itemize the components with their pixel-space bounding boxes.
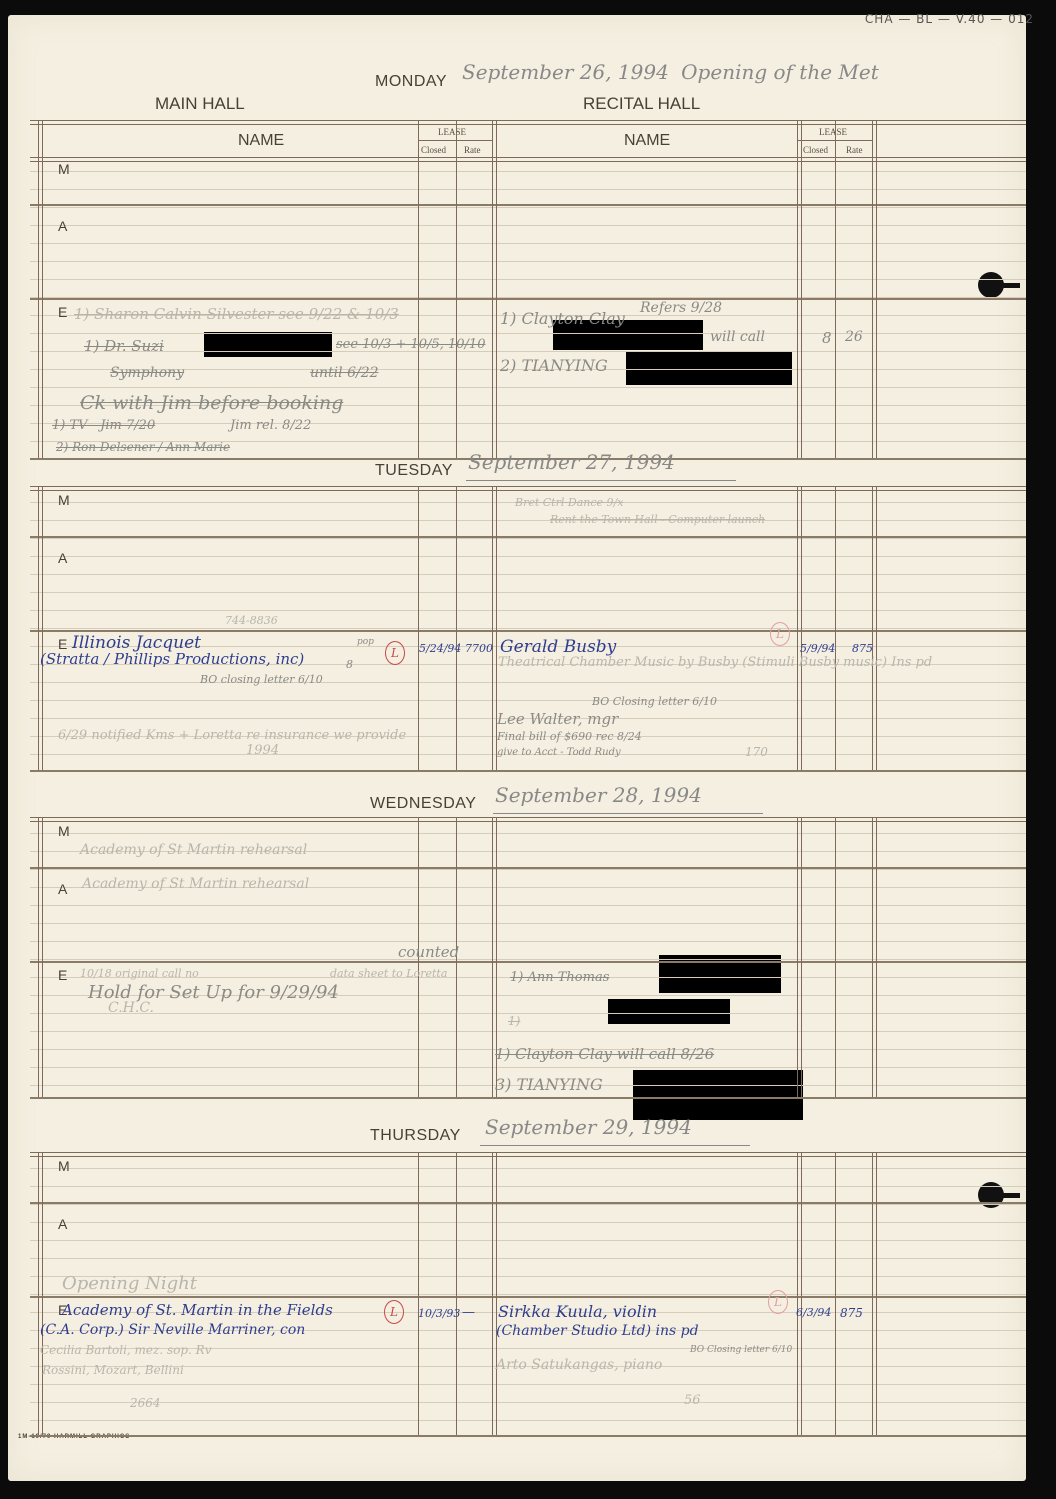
entry-text: 1) Clayton Clay will call 8/26: [495, 1045, 714, 1063]
column-rule: [418, 120, 419, 458]
phone-number: 744-8836: [225, 614, 278, 627]
date-underline: [466, 480, 736, 481]
lease-rate-value: 7700: [465, 642, 493, 655]
presenter-name: (Stratta / Phillips Productions, inc): [40, 650, 304, 668]
rate-header-main: Rate: [464, 145, 481, 155]
name-header-recital: NAME: [624, 132, 670, 150]
booking-status-circle: L: [384, 1300, 404, 1324]
column-rule: [797, 486, 802, 770]
entry-note: Opening Night: [62, 1273, 197, 1294]
entry-text: Academy of St Martin rehearsal: [80, 842, 307, 858]
slot-label-evening: E: [58, 304, 67, 320]
date-text: September 26, 1994: [462, 60, 669, 84]
column-rule: [797, 120, 802, 458]
column-rule: [418, 486, 419, 770]
entry-text: Bret Ctrl Dance 9/x: [515, 496, 623, 509]
entry-note: 170: [745, 745, 768, 759]
entry-note: BO Closing letter 6/10: [690, 1345, 792, 1355]
entry-note: data sheet to Loretta: [330, 967, 447, 980]
day-label-wednesday: WEDNESDAY: [370, 795, 476, 813]
entry-text: Academy of St Martin rehearsal: [82, 876, 309, 892]
entry-text: 1): [508, 1014, 520, 1028]
entry-note: counted: [398, 943, 459, 961]
lease-rate-value: 875: [840, 1306, 863, 1320]
column-rule: [492, 120, 497, 458]
archive-id: CHA — BL — V.40 — 012: [865, 12, 1034, 26]
slot-label-afternoon: A: [58, 1216, 67, 1232]
slot-label-morning: M: [58, 492, 70, 508]
binder-hole-tab: [1000, 283, 1020, 288]
day-label-tuesday: TUESDAY: [375, 462, 453, 480]
date-thursday: September 29, 1994: [485, 1115, 692, 1139]
column-rule: [872, 1152, 877, 1435]
date-underline: [493, 813, 763, 814]
entry-note: Rossini, Mozart, Bellini: [42, 1363, 184, 1377]
entry-text: Symphony: [110, 365, 184, 381]
column-rule: [872, 486, 877, 770]
entry-note: C.H.C.: [108, 1000, 154, 1016]
entry-text: Ck with Jim before booking: [80, 392, 343, 414]
entry-note: pop: [357, 637, 374, 647]
entry-text: Refers 9/28: [640, 300, 722, 316]
entry-note: give to Acct - Todd Rudy: [497, 747, 621, 758]
entry-text: 1) Ann Thomas: [510, 970, 609, 985]
rule-bottom: [30, 1097, 1026, 1099]
entry-note: 6/29 notified Kms + Loretta re insurance…: [58, 728, 406, 743]
column-rule: [456, 486, 457, 770]
column-rule: [797, 817, 802, 1097]
name-header-main: NAME: [238, 132, 284, 150]
day-label-thursday: THURSDAY: [370, 1127, 461, 1145]
event-name: Gerald Busby: [500, 637, 616, 657]
slot-label-morning: M: [58, 1158, 70, 1174]
entry-note: Theatrical Chamber Music by Busby (Stimu…: [498, 655, 932, 670]
entry-note: Final bill of $690 rec 8/24: [497, 730, 642, 743]
column-rule: [38, 817, 43, 1097]
column-rule: [835, 817, 836, 1097]
lease-closed-value: 6/3/94: [796, 1306, 831, 1319]
column-rule: [38, 1152, 43, 1435]
entry-text: 3) TIANYING: [495, 1075, 603, 1094]
entry-note: Arto Satukangas, piano: [496, 1357, 662, 1373]
lease-closed-value: 8: [822, 329, 832, 347]
entry-note: Lee Walter, mgr: [497, 710, 618, 728]
date-underline: [480, 1145, 750, 1146]
entry-note: 56: [684, 1393, 701, 1408]
entry-note: Cecilia Bartoli, mez. sop. Rv: [40, 1343, 212, 1357]
lease-rate-value: —: [462, 1305, 475, 1320]
presenter-name: (Chamber Studio Ltd) ins pd: [496, 1323, 699, 1339]
entry-text: 1) Dr. Suzi: [84, 337, 164, 355]
entry-text: 2) TIANYING: [500, 356, 608, 375]
rule-bottom: [30, 1435, 1026, 1437]
column-rule: [418, 1152, 419, 1435]
column-rule: [872, 817, 877, 1097]
slot-label-morning: M: [58, 823, 70, 839]
column-rule: [456, 1152, 457, 1435]
slot-label-afternoon: A: [58, 881, 67, 897]
redaction: [204, 332, 332, 357]
entry-text: 1) Clayton Clay: [500, 309, 625, 328]
column-rule: [492, 1152, 497, 1435]
date-annotation: Opening of the Met: [681, 60, 879, 84]
column-rule: [872, 120, 877, 458]
entry-note: BO Closing letter 6/10: [592, 695, 717, 708]
entry-text: 1) TV - Jim 7/20: [52, 418, 155, 433]
rule-bottom: [30, 770, 1026, 772]
entry-text: see 10/3 + 10/5, 10/10: [336, 337, 485, 352]
entry-note: 2664: [130, 1396, 161, 1410]
column-rule: [835, 486, 836, 770]
entry-note: 10/18 original call no: [80, 967, 199, 980]
recital-hall-heading: RECITAL HALL: [583, 94, 700, 114]
event-name: Sirkka Kuula, violin: [498, 1302, 657, 1321]
binder-hole-tab: [1000, 1193, 1020, 1198]
closed-header-recital: Closed: [803, 145, 828, 155]
lease-rate-value: 26: [845, 329, 863, 345]
lease-header-main: LEASE: [438, 127, 466, 137]
date-wednesday: September 28, 1994: [495, 783, 702, 807]
presenter-name: (C.A. Corp.) Sir Neville Marriner, con: [40, 1322, 305, 1338]
entry-note: 8: [346, 658, 353, 671]
entry-text: 1) Sharon Calvin Silvester see 9/22 & 10…: [74, 305, 399, 323]
day-label-monday: MONDAY: [375, 73, 447, 91]
lease-rate-value: 875: [852, 642, 873, 655]
main-hall-heading: MAIN HALL: [155, 94, 245, 114]
lease-header-recital: LEASE: [819, 127, 847, 137]
event-name: Academy of St. Martin in the Fields: [62, 1301, 333, 1319]
booking-status-circle: L: [385, 641, 405, 665]
rate-header-recital: Rate: [846, 145, 863, 155]
entry-text: Jim rel. 8/22: [230, 418, 311, 433]
column-rule: [797, 1152, 802, 1435]
date-tuesday: September 27, 1994: [468, 450, 675, 474]
entry-text: Rent the Town Hall - Computer launch: [550, 513, 765, 526]
column-rule: [456, 120, 457, 458]
booking-status-circle: L: [770, 622, 790, 646]
entry-note: 1994: [246, 743, 279, 758]
column-rule: [835, 1152, 836, 1435]
column-rule: [38, 486, 43, 770]
column-rule: [835, 120, 836, 458]
slot-label-evening: E: [58, 967, 67, 983]
entry-text: 2) Ron Delsener / Ann Marie: [56, 440, 230, 454]
slot-label-afternoon: A: [58, 550, 67, 566]
lease-closed-value: 5/9/94: [800, 642, 835, 655]
column-rule: [38, 120, 43, 458]
entry-text: until 6/22: [310, 365, 379, 381]
closed-header-main: Closed: [421, 145, 446, 155]
entry-note: BO closing letter 6/10: [200, 673, 323, 686]
booking-status-circle: L: [768, 1290, 788, 1314]
lease-closed-value: 10/3/93: [418, 1307, 460, 1320]
redaction: [608, 999, 730, 1024]
lease-closed-value: 5/24/94: [419, 642, 461, 655]
slot-label-afternoon: A: [58, 218, 67, 234]
lease-divider: [418, 140, 492, 141]
entry-text: will call: [710, 329, 765, 345]
slot-label-morning: M: [58, 161, 70, 177]
redaction: [633, 1070, 803, 1120]
date-monday: September 26, 1994 Opening of the Met: [462, 60, 879, 84]
